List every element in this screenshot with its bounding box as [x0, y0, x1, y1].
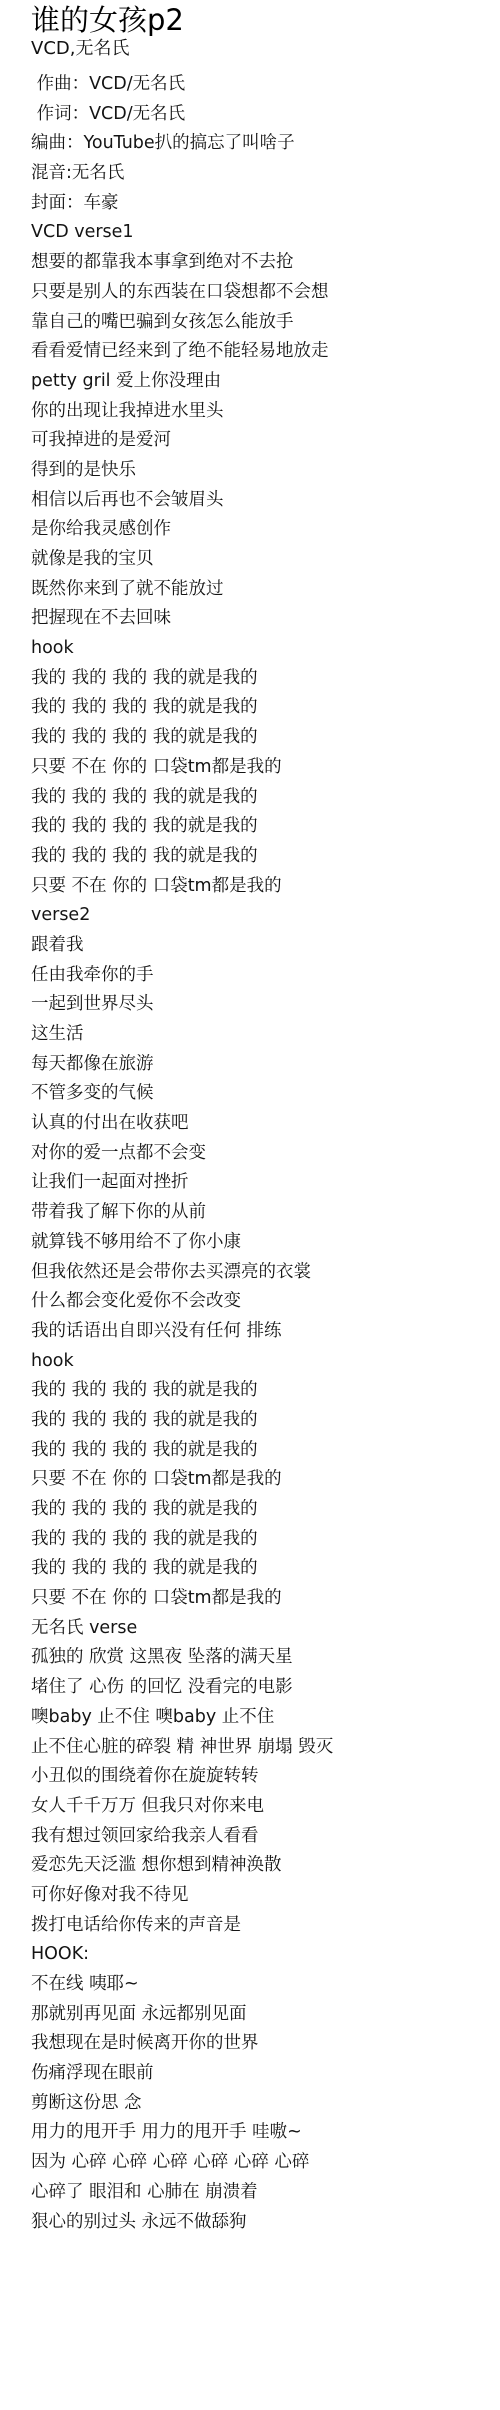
lyric-line: 但我依然还是会带你去买漂亮的衣裳: [31, 1258, 500, 1288]
lyric-line: 我的 我的 我的 我的就是我的: [31, 842, 500, 872]
lyric-line: 伤痛浮现在眼前: [31, 2059, 500, 2089]
lyric-line: 对你的爱一点都不会变: [31, 1139, 500, 1169]
lyric-line: 堵住了 心伤 的回忆 没看完的电影: [31, 1673, 500, 1703]
lyric-line: 心碎了 眼泪和 心肺在 崩溃着: [31, 2178, 500, 2208]
lyric-line: 让我们一起面对挫折: [31, 1168, 500, 1198]
lyric-line: 狠心的别过头 永远不做舔狗: [31, 2208, 500, 2238]
lyric-line: 既然你来到了就不能放过: [31, 575, 500, 605]
lyric-line: 相信以后再也不会皱眉头: [31, 486, 500, 516]
lyric-line: 只要是别人的东西装在口袋想都不会想: [31, 278, 500, 308]
lyric-line: 我想现在是时候离开你的世界: [31, 2029, 500, 2059]
lyric-line: 得到的是快乐: [31, 456, 500, 486]
lyric-line: 我的 我的 我的 我的就是我的: [31, 1554, 500, 1584]
lyric-line: 把握现在不去回味: [31, 604, 500, 634]
lyric-line: 我有想过领回家给我亲人看看: [31, 1822, 500, 1852]
lyric-line: 靠自己的嘴巴骗到女孩怎么能放手: [31, 308, 500, 338]
lyric-line: 不在线 咦耶~: [31, 1970, 500, 2000]
lyric-line: 作曲：VCD/无名氏: [31, 70, 500, 100]
lyric-line: 作词：VCD/无名氏: [31, 100, 500, 130]
lyric-line: petty gril 爱上你没理由: [31, 367, 500, 397]
lyric-line: 小丑似的围绕着你在旋旋转转: [31, 1762, 500, 1792]
song-title: 谁的女孩p2: [31, 0, 500, 38]
lyric-line: 编曲：YouTube扒的搞忘了叫啥子: [31, 129, 500, 159]
lyric-line: 用力的甩开手 用力的甩开手 哇嗷~: [31, 2118, 500, 2148]
lyric-line: 只要 不在 你的 口袋tm都是我的: [31, 1584, 500, 1614]
lyric-line: 认真的付出在收获吧: [31, 1109, 500, 1139]
lyric-line: 就算钱不够用给不了你小康: [31, 1228, 500, 1258]
lyric-line: 止不住心脏的碎裂 精 神世界 崩塌 毁灭: [31, 1733, 500, 1763]
lyric-line: 封面：车豪: [31, 189, 500, 219]
lyric-line: 不管多变的气候: [31, 1079, 500, 1109]
lyric-line: 想要的都靠我本事拿到绝对不去抢: [31, 248, 500, 278]
lyric-line: 爱恋先天泛滥 想你想到精神涣散: [31, 1851, 500, 1881]
lyric-line: 可我掉进的是爱河: [31, 426, 500, 456]
lyrics-list: 作曲：VCD/无名氏 作词：VCD/无名氏编曲：YouTube扒的搞忘了叫啥子混…: [31, 70, 500, 2237]
lyric-line: 噢baby 止不住 噢baby 止不住: [31, 1703, 500, 1733]
lyric-line: 只要 不在 你的 口袋tm都是我的: [31, 753, 500, 783]
lyric-line: 我的 我的 我的 我的就是我的: [31, 1495, 500, 1525]
lyric-line: 混音:无名氏: [31, 159, 500, 189]
lyric-line: 一起到世界尽头: [31, 990, 500, 1020]
lyric-line: hook: [31, 1347, 500, 1377]
lyric-line: 无名氏 verse: [31, 1614, 500, 1644]
lyrics-page: 谁的女孩p2 VCD,无名氏 作曲：VCD/无名氏 作词：VCD/无名氏编曲：Y…: [0, 0, 500, 2237]
lyric-line: 只要 不在 你的 口袋tm都是我的: [31, 1465, 500, 1495]
lyric-line: 我的 我的 我的 我的就是我的: [31, 812, 500, 842]
lyric-line: 拨打电话给你传来的声音是: [31, 1911, 500, 1941]
lyric-line: 什么都会变化爱你不会改变: [31, 1287, 500, 1317]
lyric-line: 我的 我的 我的 我的就是我的: [31, 1376, 500, 1406]
lyric-line: 我的 我的 我的 我的就是我的: [31, 1406, 500, 1436]
lyric-line: 因为 心碎 心碎 心碎 心碎 心碎 心碎: [31, 2148, 500, 2178]
lyric-line: 带着我了解下你的从前: [31, 1198, 500, 1228]
lyric-line: 你的出现让我掉进水里头: [31, 397, 500, 427]
lyric-line: 我的 我的 我的 我的就是我的: [31, 693, 500, 723]
lyric-line: 只要 不在 你的 口袋tm都是我的: [31, 872, 500, 902]
lyric-line: 我的 我的 我的 我的就是我的: [31, 1436, 500, 1466]
lyric-line: 那就别再见面 永远都别见面: [31, 2000, 500, 2030]
lyric-line: 剪断这份思 念: [31, 2089, 500, 2119]
lyric-line: 每天都像在旅游: [31, 1050, 500, 1080]
lyric-line: 任由我牵你的手: [31, 961, 500, 991]
song-artist: VCD,无名氏: [31, 38, 500, 60]
lyric-line: 跟着我: [31, 931, 500, 961]
lyric-line: HOOK:: [31, 1940, 500, 1970]
lyric-line: verse2: [31, 901, 500, 931]
lyric-line: 我的 我的 我的 我的就是我的: [31, 783, 500, 813]
lyric-line: VCD verse1: [31, 218, 500, 248]
lyric-line: 女人千千万万 但我只对你来电: [31, 1792, 500, 1822]
lyric-line: 我的话语出自即兴没有任何 排练: [31, 1317, 500, 1347]
lyric-line: 这生活: [31, 1020, 500, 1050]
lyric-line: 我的 我的 我的 我的就是我的: [31, 664, 500, 694]
lyric-line: 是你给我灵感创作: [31, 515, 500, 545]
lyric-line: 我的 我的 我的 我的就是我的: [31, 1525, 500, 1555]
lyric-line: hook: [31, 634, 500, 664]
lyric-line: 看看爱情已经来到了绝不能轻易地放走: [31, 337, 500, 367]
lyric-line: 就像是我的宝贝: [31, 545, 500, 575]
lyric-line: 我的 我的 我的 我的就是我的: [31, 723, 500, 753]
lyric-line: 可你好像对我不待见: [31, 1881, 500, 1911]
lyric-line: 孤独的 欣赏 这黑夜 坠落的满天星: [31, 1643, 500, 1673]
